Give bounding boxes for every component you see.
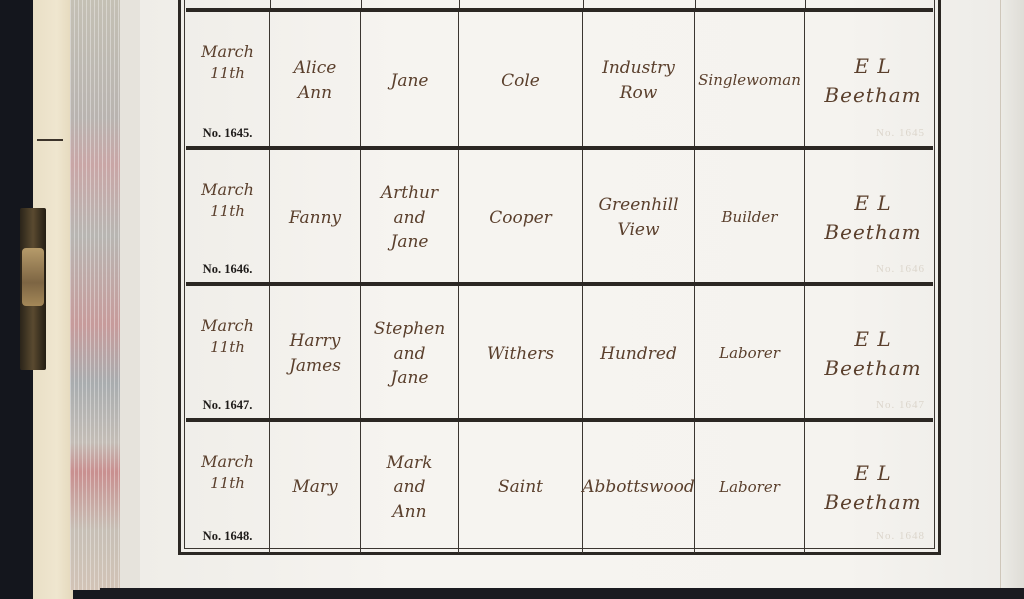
parents-line: Arthur bbox=[381, 181, 438, 206]
child-name-line: Fanny bbox=[289, 206, 341, 231]
child-name-cell: Alice Ann bbox=[270, 12, 361, 150]
parents-cell: Mark and Ann bbox=[361, 422, 459, 553]
child-name-line: Harry bbox=[290, 329, 341, 354]
child-name-cell: Fanny bbox=[270, 150, 361, 286]
register-entry-1646: March 11th No. 1646. Fanny Arthur and Ja… bbox=[186, 146, 933, 286]
occupation: Laborer bbox=[719, 343, 780, 365]
signature-cell: E L Beetham No. 1647 bbox=[805, 286, 933, 422]
date-day: 11th bbox=[210, 473, 245, 495]
parents-line: and bbox=[394, 342, 426, 367]
parents-cell: Arthur and Jane bbox=[361, 150, 459, 286]
parents-line: Ann bbox=[392, 500, 426, 525]
date-month: March bbox=[201, 178, 254, 201]
occupation-cell: Builder bbox=[695, 150, 805, 286]
surname-cell: Withers bbox=[459, 286, 583, 422]
child-name-cell: Mary bbox=[270, 422, 361, 553]
officiant-signature: E L Beetham bbox=[813, 189, 933, 247]
entry-number: No. 1648. bbox=[186, 527, 269, 545]
parents-line: and bbox=[394, 206, 426, 231]
surname-cell: Cole bbox=[459, 12, 583, 150]
parents-cell: Jane bbox=[361, 12, 459, 150]
signature-cell: E L Beetham No. 1648 bbox=[805, 422, 933, 553]
surname-cell: Cooper bbox=[459, 150, 583, 286]
occupation: Singlewoman bbox=[698, 70, 801, 92]
parents-line: Stephen bbox=[374, 317, 445, 342]
officiant-signature: E L Beetham bbox=[813, 459, 933, 517]
faint-stamp: No. 1648 bbox=[876, 529, 925, 545]
parents-line: Jane bbox=[391, 230, 429, 255]
child-name-line: Ann bbox=[298, 81, 332, 106]
brass-clasp bbox=[20, 208, 46, 370]
date-cell: March 11th No. 1645. bbox=[186, 12, 270, 150]
date-day: 11th bbox=[210, 201, 245, 223]
abode-cell: Greenhill View bbox=[583, 150, 695, 286]
register-table: March 11th No. 1645. Alice Ann Jane Cole… bbox=[178, 0, 941, 555]
page-right-margin bbox=[1000, 0, 1024, 592]
date-cell: March 11th No. 1647. bbox=[186, 286, 270, 422]
entry-number: No. 1647. bbox=[186, 396, 269, 414]
surname: Withers bbox=[487, 342, 554, 367]
abode-line: Greenhill bbox=[598, 193, 678, 218]
bottom-shadow bbox=[100, 588, 1024, 599]
abode-cell: Hundred bbox=[583, 286, 695, 422]
faint-stamp: No. 1645 bbox=[876, 126, 925, 142]
officiant-signature: E L Beetham bbox=[813, 325, 933, 383]
date-month: March bbox=[201, 450, 254, 473]
register-entry-1645: March 11th No. 1645. Alice Ann Jane Cole… bbox=[186, 8, 933, 150]
date-day: 11th bbox=[210, 63, 245, 85]
occupation: Laborer bbox=[719, 477, 780, 499]
faint-stamp: No. 1646 bbox=[876, 262, 925, 278]
abode-cell: Industry Row bbox=[583, 12, 695, 150]
date-cell: March 11th No. 1646. bbox=[186, 150, 270, 286]
faint-stamp: No. 1647 bbox=[876, 398, 925, 414]
parents-line: and bbox=[394, 475, 426, 500]
child-name-cell: Harry James bbox=[270, 286, 361, 422]
parents-line: Mark bbox=[387, 451, 433, 476]
signature-cell: E L Beetham No. 1646 bbox=[805, 150, 933, 286]
date-cell: March 11th No. 1648. bbox=[186, 422, 270, 553]
signature-cell: E L Beetham No. 1645 bbox=[805, 12, 933, 150]
register-entry-1647: March 11th No. 1647. Harry James Stephen… bbox=[186, 282, 933, 422]
date-month: March bbox=[201, 40, 254, 63]
parents-cell: Stephen and Jane bbox=[361, 286, 459, 422]
surname: Cooper bbox=[489, 206, 552, 231]
abode-line: Row bbox=[620, 81, 658, 106]
occupation-cell: Laborer bbox=[695, 286, 805, 422]
abode-line: Hundred bbox=[600, 342, 677, 367]
abode-line: Abbottswood bbox=[582, 475, 695, 500]
date-month: March bbox=[201, 314, 254, 337]
entry-number: No. 1646. bbox=[186, 260, 269, 278]
occupation-cell: Laborer bbox=[695, 422, 805, 553]
cover-mark bbox=[37, 139, 63, 141]
occupation: Builder bbox=[722, 207, 778, 229]
date-day: 11th bbox=[210, 337, 245, 359]
child-name-line: Mary bbox=[292, 475, 337, 500]
surname: Cole bbox=[501, 69, 540, 94]
clasp-band bbox=[22, 248, 44, 306]
surname-cell: Saint bbox=[459, 422, 583, 553]
register-entry-1648: March 11th No. 1648. Mary Mark and Ann S… bbox=[186, 418, 933, 553]
abode-cell: Abbottswood bbox=[583, 422, 695, 553]
occupation-cell: Singlewoman bbox=[695, 12, 805, 150]
abode-line: View bbox=[617, 218, 659, 243]
surname: Saint bbox=[498, 475, 543, 500]
abode-line: Industry bbox=[602, 56, 675, 81]
entry-number: No. 1645. bbox=[186, 124, 269, 142]
parents-line: Jane bbox=[391, 366, 429, 391]
child-name-line: James bbox=[289, 354, 341, 379]
parents-line: Jane bbox=[391, 69, 429, 94]
child-name-line: Alice bbox=[294, 56, 337, 81]
officiant-signature: E L Beetham bbox=[813, 52, 933, 110]
